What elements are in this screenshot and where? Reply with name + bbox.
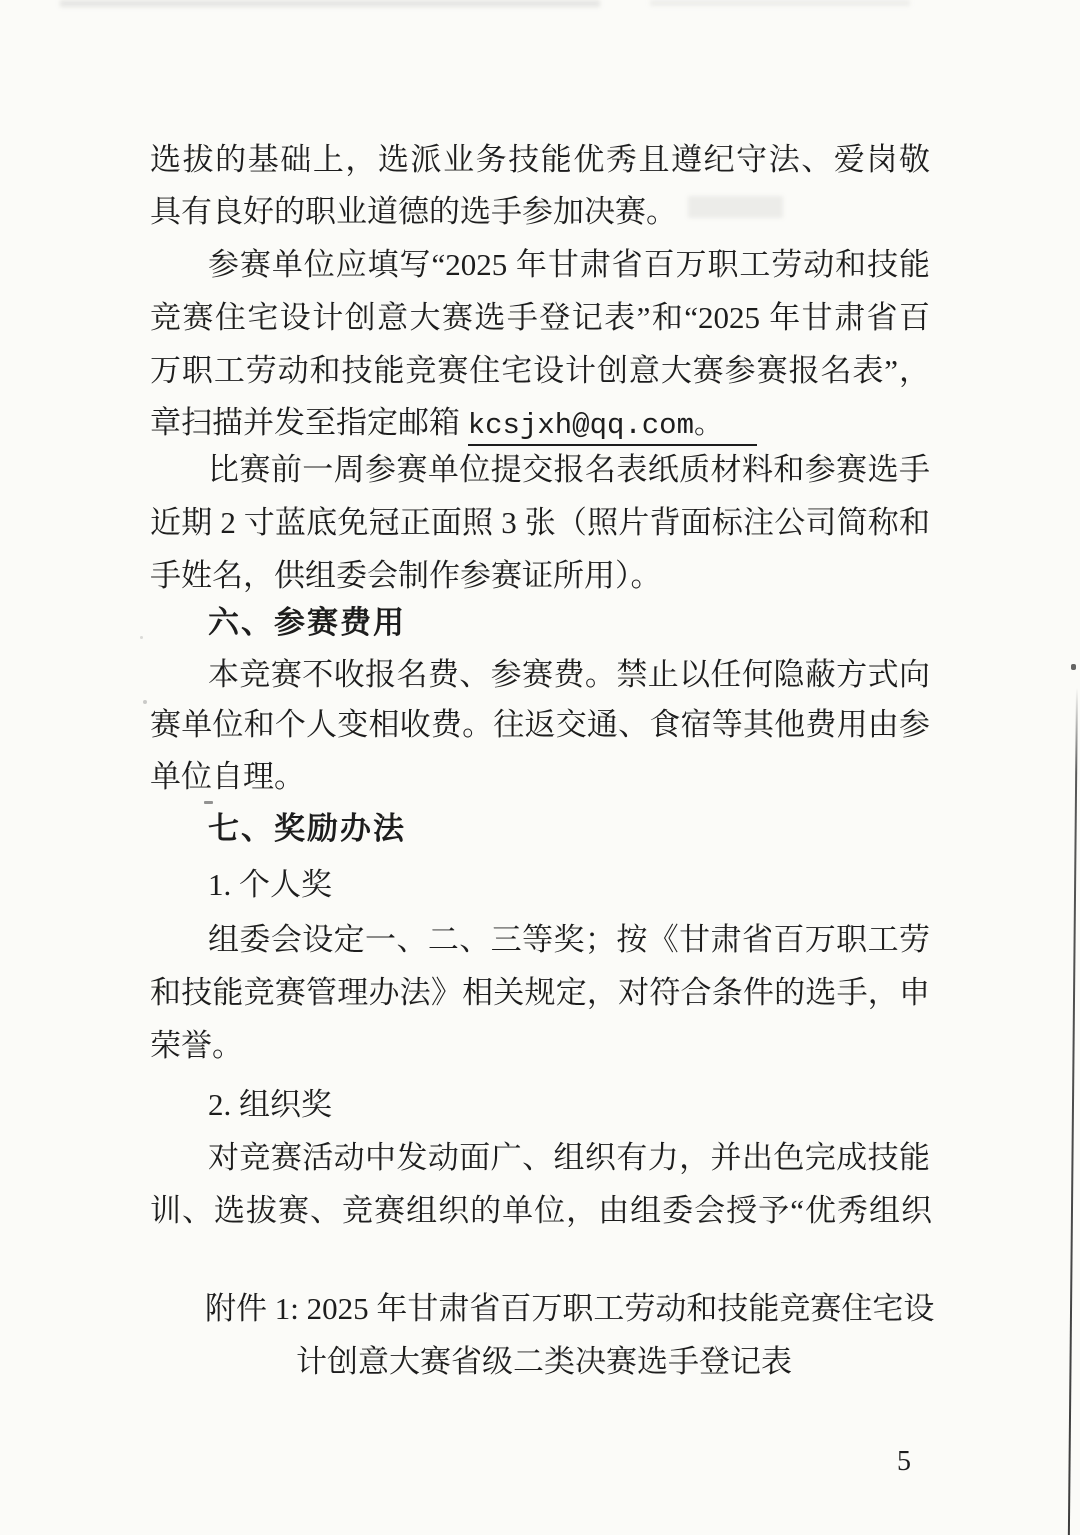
body-text-line: 和技能竞赛管理办法》相关规定，对符合条件的选手，申报 bbox=[150, 967, 930, 1019]
body-text-line: 单位自理。 bbox=[150, 751, 305, 803]
scan-smudge bbox=[650, 0, 910, 6]
body-text-line: 训、选拔赛、竞赛组织的单位，由组委会授予“优秀组织奖”。 bbox=[150, 1185, 932, 1237]
scan-speck bbox=[1071, 664, 1076, 670]
body-text-line: 选拔的基础上，选派业务技能优秀且遵纪守法、爱岗敬业、 bbox=[150, 134, 930, 186]
scan-speck bbox=[143, 700, 147, 704]
body-text-line: 对竞赛活动中发动面广、组织有力，并出色完成技能培 bbox=[208, 1132, 930, 1184]
body-text-line: 赛单位和个人变相收费。往返交通、食宿等其他费用由参赛 bbox=[150, 699, 930, 751]
subitem-personal-award: 1. 个人奖 bbox=[208, 859, 332, 911]
body-text-line: 章扫描并发至指定邮箱 kcsjxh@qq.com。 bbox=[150, 397, 757, 449]
body-text-line: 手姓名，供组委会制作参赛证所用）。 bbox=[150, 550, 662, 602]
page-number: 5 bbox=[897, 1448, 911, 1476]
section-heading-entry-fees: 六、参赛费用 bbox=[208, 597, 406, 649]
document-page: 选拔的基础上，选派业务技能优秀且遵纪守法、爱岗敬业、 具有良好的职业道德的选手参… bbox=[0, 0, 1080, 1535]
body-text-line: 本竞赛不收报名费、参赛费。禁止以任何隐蔽方式向参 bbox=[208, 649, 930, 701]
body-text-line: 万职工劳动和技能竞赛住宅设计创意大赛参赛报名表”，盖 bbox=[150, 345, 930, 397]
body-text-line: 具有良好的职业道德的选手参加决赛。 bbox=[150, 186, 677, 238]
section-heading-award-rules: 七、奖励办法 bbox=[208, 803, 406, 855]
subitem-organization-award: 2. 组织奖 bbox=[208, 1079, 332, 1131]
body-text-line: 竞赛住宅设计创意大赛选手登记表”和“2025 年甘肃省百 bbox=[150, 292, 930, 344]
body-text-line: 近期 2 寸蓝底免冠正面照 3 张（照片背面标注公司简称和选 bbox=[150, 497, 930, 549]
body-text-line: 比赛前一周参赛单位提交报名表纸质材料和参赛选手 bbox=[208, 444, 930, 496]
scan-speck bbox=[140, 636, 143, 639]
body-text-line: 组委会设定一、二、三等奖；按《甘肃省百万职工劳动 bbox=[208, 914, 930, 966]
scan-ghost-text bbox=[688, 196, 783, 218]
scan-smudge bbox=[60, 0, 600, 7]
email-line-prefix: 章扫描并发至指定邮箱 bbox=[150, 405, 468, 440]
body-text-line: 参赛单位应填写“2025 年甘肃省百万职工劳动和技能 bbox=[208, 239, 930, 291]
attachment-note-line1: 附件 1: 2025 年甘肃省百万职工劳动和技能竞赛住宅设 bbox=[205, 1283, 934, 1335]
attachment-note-line2: 计创意大赛省级二类决赛选手登记表 bbox=[296, 1336, 792, 1388]
body-text-line: 荣誉。 bbox=[150, 1020, 243, 1072]
scan-edge-line bbox=[1068, 688, 1078, 1535]
email-address: kcsjxh@qq.com。 bbox=[468, 409, 757, 446]
